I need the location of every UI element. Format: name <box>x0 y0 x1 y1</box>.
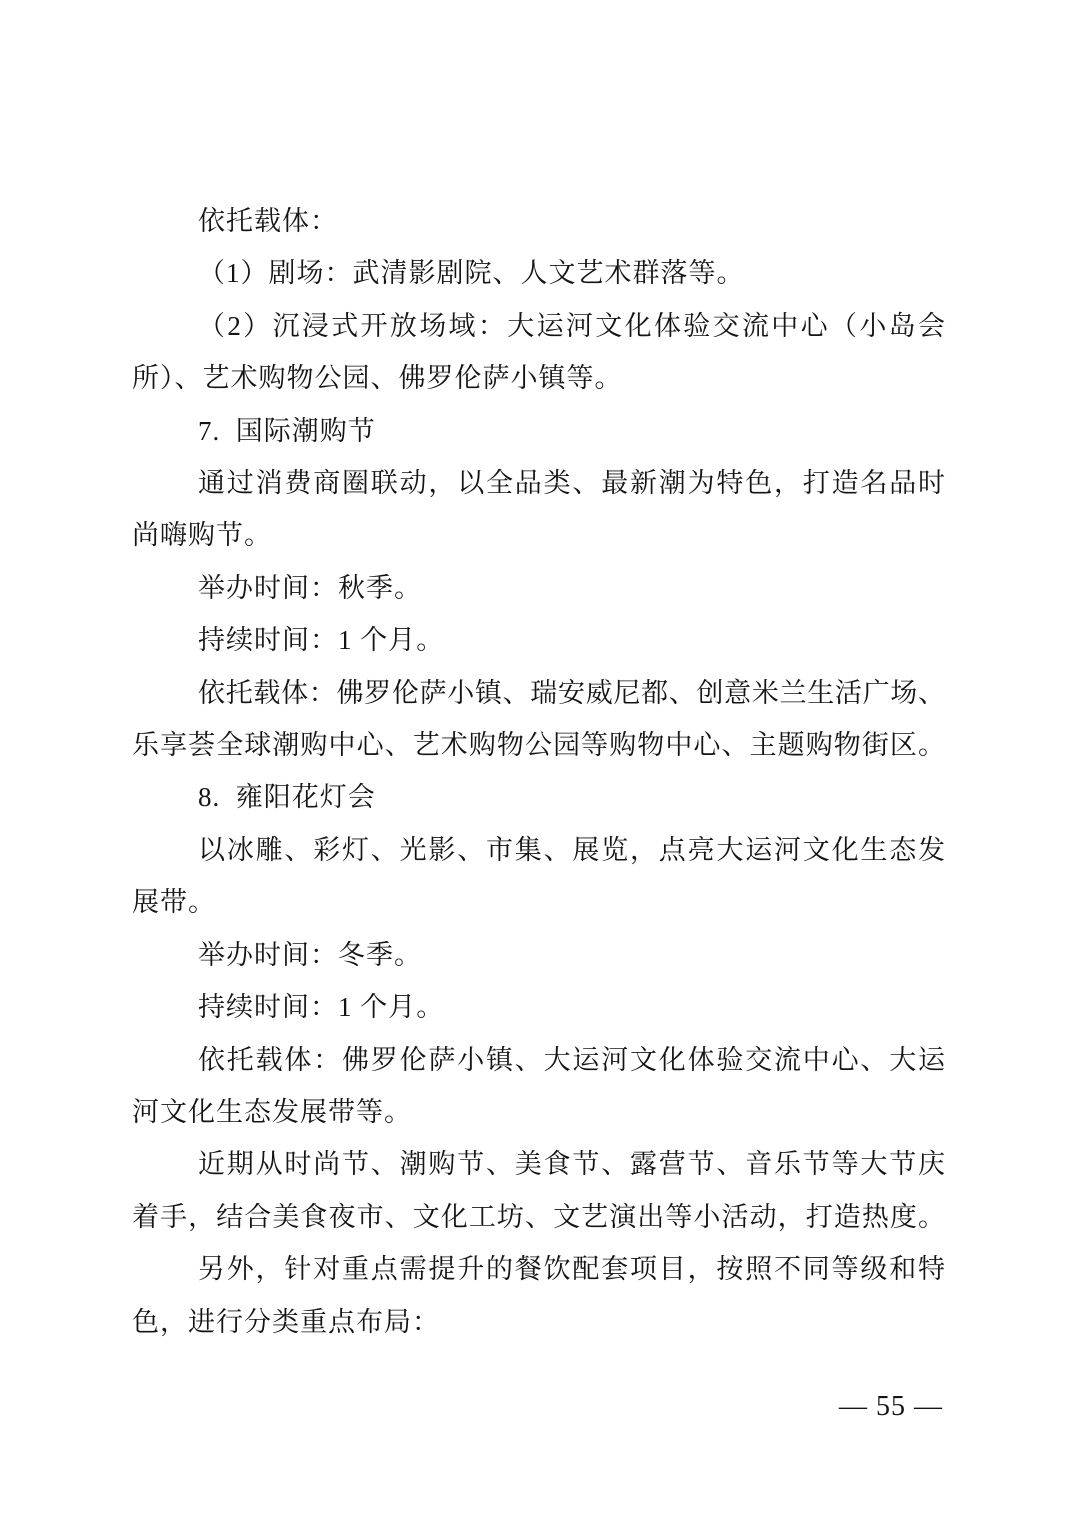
text-line: 另外，针对重点需提升的餐饮配套项目，按照不同等级和特 <box>132 1243 945 1295</box>
text-line: 所）、艺术购物公园、佛罗伦萨小镇等。 <box>132 352 945 404</box>
paragraph: 依托载体：佛罗伦萨小镇、大运河文化体验交流中心、大运河文化生态发展带等。 <box>132 1034 945 1139</box>
paragraph: 举办时间：秋季。 <box>132 562 945 614</box>
text-line: 着手，结合美食夜市、文化工坊、文艺演出等小活动，打造热度。 <box>132 1191 945 1243</box>
text-line: 近期从时尚节、潮购节、美食节、露营节、音乐节等大节庆 <box>132 1138 945 1190</box>
paragraph: （2）沉浸式开放场域：大运河文化体验交流中心（小岛会所）、艺术购物公园、佛罗伦萨… <box>132 300 945 405</box>
text-line: 8. 雍阳花灯会 <box>132 771 945 823</box>
text-line: 举办时间：秋季。 <box>132 562 945 614</box>
text-line: （1）剧场：武清影剧院、人文艺术群落等。 <box>132 247 945 299</box>
text-line: 举办时间：冬季。 <box>132 929 945 981</box>
paragraph: 7. 国际潮购节 <box>132 405 945 457</box>
paragraph: 持续时间：1 个月。 <box>132 981 945 1033</box>
paragraph: 近期从时尚节、潮购节、美食节、露营节、音乐节等大节庆着手，结合美食夜市、文化工坊… <box>132 1138 945 1243</box>
document-page: 依托载体：（1）剧场：武清影剧院、人文艺术群落等。（2）沉浸式开放场域：大运河文… <box>0 0 1074 1520</box>
text-line: （2）沉浸式开放场域：大运河文化体验交流中心（小岛会 <box>132 300 945 352</box>
text-line: 持续时间：1 个月。 <box>132 981 945 1033</box>
paragraph: 持续时间：1 个月。 <box>132 614 945 666</box>
text-line: 河文化生态发展带等。 <box>132 1086 945 1138</box>
paragraph: 举办时间：冬季。 <box>132 929 945 981</box>
paragraph: 以冰雕、彩灯、光影、市集、展览，点亮大运河文化生态发展带。 <box>132 824 945 929</box>
text-line: 持续时间：1 个月。 <box>132 614 945 666</box>
text-line: 尚嗨购节。 <box>132 509 945 561</box>
text-line: 依托载体：佛罗伦萨小镇、大运河文化体验交流中心、大运 <box>132 1034 945 1086</box>
text-line: 通过消费商圈联动，以全品类、最新潮为特色，打造名品时 <box>132 457 945 509</box>
document-body: 依托载体：（1）剧场：武清影剧院、人文艺术群落等。（2）沉浸式开放场域：大运河文… <box>132 195 945 1348</box>
paragraph: 另外，针对重点需提升的餐饮配套项目，按照不同等级和特色，进行分类重点布局： <box>132 1243 945 1348</box>
paragraph: （1）剧场：武清影剧院、人文艺术群落等。 <box>132 247 945 299</box>
text-line: 依托载体： <box>132 195 945 247</box>
text-line: 乐享荟全球潮购中心、艺术购物公园等购物中心、主题购物街区。 <box>132 719 945 771</box>
text-line: 7. 国际潮购节 <box>132 405 945 457</box>
paragraph: 8. 雍阳花灯会 <box>132 771 945 823</box>
paragraph: 依托载体： <box>132 195 945 247</box>
page-number: — 55 — <box>836 1390 946 1424</box>
text-line: 以冰雕、彩灯、光影、市集、展览，点亮大运河文化生态发 <box>132 824 945 876</box>
text-line: 展带。 <box>132 876 945 928</box>
paragraph: 通过消费商圈联动，以全品类、最新潮为特色，打造名品时尚嗨购节。 <box>132 457 945 562</box>
text-line: 依托载体：佛罗伦萨小镇、瑞安威尼都、创意米兰生活广场、 <box>132 667 945 719</box>
text-line: 色，进行分类重点布局： <box>132 1296 945 1348</box>
paragraph: 依托载体：佛罗伦萨小镇、瑞安威尼都、创意米兰生活广场、乐享荟全球潮购中心、艺术购… <box>132 667 945 772</box>
